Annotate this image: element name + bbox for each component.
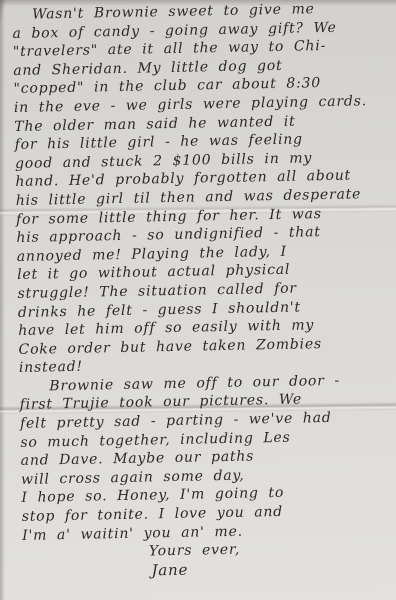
letter-page: Wasn't Brownie sweet to give mea box of … <box>0 0 396 600</box>
scan-left-edge-shadow <box>0 0 5 600</box>
letter-body: Wasn't Brownie sweet to give mea box of … <box>12 0 396 582</box>
